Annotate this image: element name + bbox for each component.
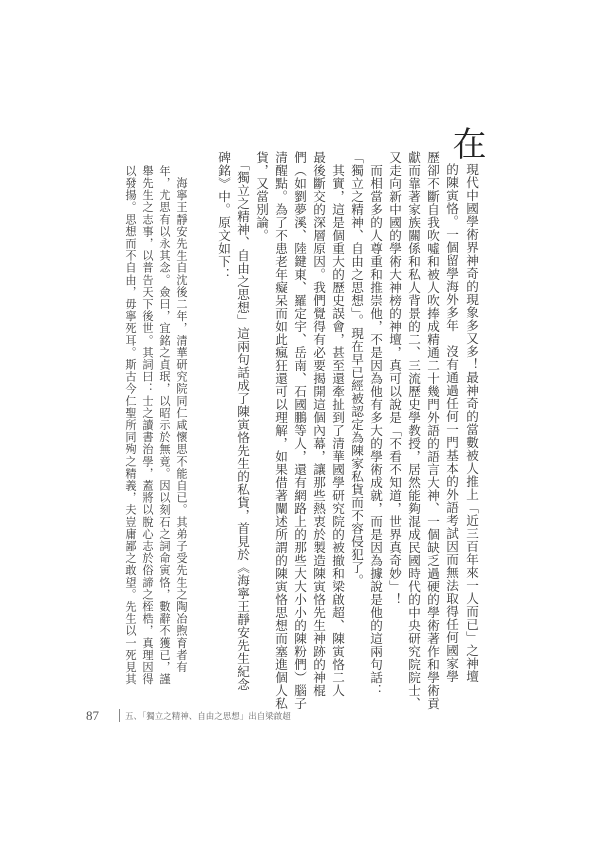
text-column-7: 「獨立之精神、自由之思想」。現在早已經被認定為陳家私貨而不容侵犯了。 [349,151,363,587]
text-column-1: 現代中國學術界神奇的現象多又多！最神奇的當數被人推上「近三百年來一人而已」之神壇 [464,163,478,683]
footer-divider [119,709,120,722]
text-column-10: 們（如劉夢溪、陸鍵東、羅定宇、岳南、石國鵬等人，還有網路上的那些大大小小的陳粉們… [292,151,306,710]
text-column-9: 最後斷交的深層原因。我們覺得有必要揭開這個內幕，讓那些熱衷於製造陳寅恪先生神跡的… [311,151,325,697]
quote-column-4: 以發揚。思想而不自由，毋寧死耳。斯古今仁聖所同殉之精義，夫豈庸鄙之敢望。先生以一… [124,165,136,685]
quote-column-1: 海寧王靜安先生自沈後二年，清華研究院同仁咸懷思不能自已。其弟子受先生之陶冶煦育者… [175,165,187,673]
text-column-14: 碑銘》中。原文如下： [216,151,230,281]
text-column-4: 獻而靠著家族關係和私人背景的二、三流歷史學教授，居然能夠混成民國時代的中央研究院… [406,151,420,710]
text-column-6: 而相當多的人尊重和推崇他，不是因為他有多大的學術成就，而是因為據說是他的這兩句話… [368,151,382,697]
text-column-13: 「獨立之精神、自由之思想」這兩句話成了陳寅恪先生的私貨，首見於《海寧王靜安先生紀… [235,151,249,691]
quote-column-2: 年，尤思有以永其念。僉曰，宜銘之貞珉，以昭示於無竟。因以刻石之詞命寅恪，數辭不獲… [158,165,170,685]
page-number: 87 [86,708,99,724]
running-footer-title: 五、「獨立之精神、自由之思想」出自梁啟超 [125,710,291,722]
quote-column-3: 舉先生之志事，以普告天下後世。其詞曰：士之讀書治學，蓋將以脫心志於俗諦之桎梏，真… [141,165,153,685]
text-column-12: 貨，又當別論。 [254,151,268,242]
text-column-8: 其實，這是個重大的歷史誤會，甚至還牽扯到了清華國學研究院的被撤和梁啟超、陳寅恪二… [330,151,344,697]
dropcap: 在 [448,126,484,160]
text-column-11: 清醒點。為了不患老年癡呆而如此瘋狂還可以理解，如果借著闡述所謂的陳寅恪思想而塞進… [273,151,287,710]
text-column-2: 的陳寅恪。一個留學海外多年 沒有通過任何一門基本的外語考試因而無法取得任何國家學 [444,163,458,683]
book-page: 在 現代中國學術界神奇的現象多又多！最神奇的當數被人推上「近三百年來一人而已」之… [0,0,600,848]
text-column-5: 又走向新中國的學術大神榜的神壇，真可以說是「不看不知道，世界真奇妙」！ [387,151,401,606]
text-column-3: 歷卻不斷自我吹噓和被人吹捧成精通二十幾門外語的語言大神、一個缺乏過硬的學術著作和… [425,151,439,710]
